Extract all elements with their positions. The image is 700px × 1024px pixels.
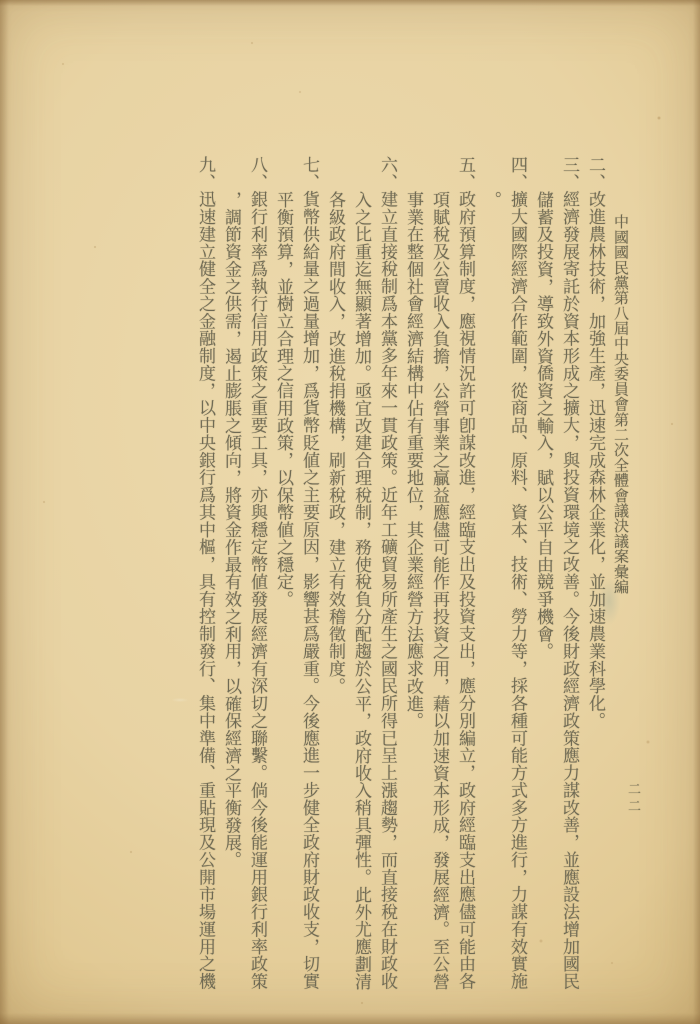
- scanned-book-page: 中國國民黨第八屆中央委員會第二次全體會議決議案彙編 二、改進農林技術，加強生產，…: [0, 0, 700, 1024]
- resolution-item-4: 四、擴大國際經濟合作範圍，從商品、原料、資本、技術、勞力等，採各種可能方式多方進…: [478, 156, 530, 994]
- resolution-item-5: 五、政府預算制度，應視情況許可卽謀改進，經臨支出及投資支出，應分別編立，政府經臨…: [400, 156, 478, 994]
- text-block: 中國國民黨第八屆中央委員會第二次全體會議決議案彙編 二、改進農林技術，加強生產，…: [192, 156, 632, 994]
- resolution-item-2: 二、改進農林技術，加強生產，迅速完成森林企業化，並加速農業科學化。: [582, 156, 608, 994]
- resolution-item-6: 六、建立直接稅制爲本黨多年來一貫政策。近年工礦貿易所產生之國民所得已呈上漲趨勢，…: [322, 156, 400, 994]
- book-title: 中國國民黨第八屆中央委員會第二次全體會議決議案彙編: [608, 156, 632, 994]
- resolution-item-8: 八、銀行利率爲執行信用政策之重要工具，亦與穩定幣値發展經濟有深切之聯繫。倘今後能…: [218, 156, 270, 994]
- resolution-item-7: 七、貨幣供給量之過量增加，爲貨幣貶値之主要原因，影響甚爲嚴重。今後應進一步健全政…: [270, 156, 322, 994]
- resolution-item-9: 九、迅速建立健全之金融制度，以中央銀行爲其中樞，具有控制發行、集中準備、重貼現及…: [192, 156, 218, 994]
- resolution-item-3: 三、經濟發展寄託於資本形成之擴大，與投資環境之改善。今後財政經濟政策應力謀改善，…: [530, 156, 582, 994]
- page-number: 二二: [624, 782, 643, 816]
